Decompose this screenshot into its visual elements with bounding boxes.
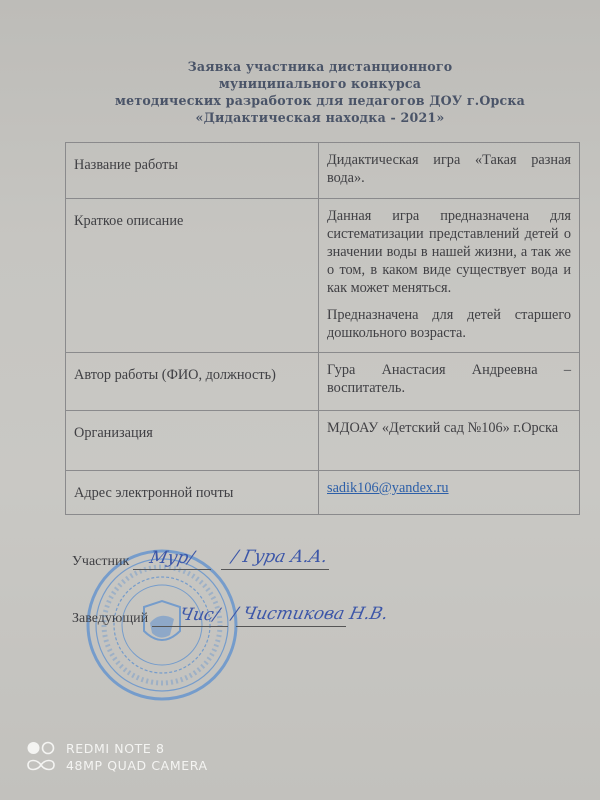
head-name-handwritten: / Чистикова Н.В. — [230, 604, 390, 624]
head-signature: Чис/ — [178, 605, 222, 625]
table-row: Адрес электронной почты sadik106@yandex.… — [66, 471, 580, 515]
row-label: Краткое описание — [66, 199, 319, 353]
row-value: Дидактическая игра «Такая разная вода». — [319, 143, 580, 199]
document-title: Заявка участника дистанционного муниципа… — [0, 58, 600, 126]
camera-spec: 48MP QUAD CAMERA — [66, 757, 208, 774]
description-paragraph: Предназначена для детей старшего дошколь… — [327, 306, 571, 342]
row-value: МДОАУ «Детский сад №106» г.Орска — [319, 411, 580, 471]
participant-label: Участник — [72, 554, 129, 569]
participant-signature: Мур/ — [148, 548, 196, 568]
table-row: Название работы Дидактическая игра «Така… — [66, 143, 580, 199]
row-label: Автор работы (ФИО, должность) — [66, 353, 319, 411]
watermark-text: REDMI NOTE 8 48MP QUAD CAMERA — [66, 740, 208, 774]
organization-name: МДОАУ «Детский сад №106» г.Орска — [327, 419, 571, 437]
camera-lens-logo-icon — [26, 740, 56, 774]
table-row: Автор работы (ФИО, должность) Гура Анаст… — [66, 353, 580, 411]
application-table: Название работы Дидактическая игра «Така… — [65, 142, 580, 515]
table-row: Организация МДОАУ «Детский сад №106» г.О… — [66, 411, 580, 471]
row-value: Гура Анастасия Андреевна – воспитатель. — [319, 353, 580, 411]
title-line: Заявка участника дистанционного — [0, 58, 600, 75]
row-label: Адрес электронной почты — [66, 471, 319, 515]
description-paragraph: Данная игра предназначена для систематиз… — [327, 207, 571, 297]
title-line: методических разработок для педагогов ДО… — [0, 92, 600, 109]
head-label: Заведующий — [72, 611, 148, 626]
row-label: Организация — [66, 411, 319, 471]
row-label: Название работы — [66, 143, 319, 199]
camera-watermark: REDMI NOTE 8 48MP QUAD CAMERA — [26, 740, 208, 774]
device-model: REDMI NOTE 8 — [66, 740, 208, 757]
email-link[interactable]: sadik106@yandex.ru — [327, 480, 449, 496]
work-title: Дидактическая игра «Такая разная вода». — [327, 151, 571, 187]
author-name: Гура Анастасия Андреевна – воспитатель. — [327, 361, 571, 397]
table-row: Краткое описание Данная игра предназначе… — [66, 199, 580, 353]
participant-name-handwritten: / Гура А.А. — [230, 547, 329, 567]
row-value: sadik106@yandex.ru — [319, 471, 580, 515]
title-line: муниципального конкурса — [0, 75, 600, 92]
title-line: «Дидактическая находка - 2021» — [0, 109, 600, 126]
row-value: Данная игра предназначена для систематиз… — [319, 199, 580, 353]
